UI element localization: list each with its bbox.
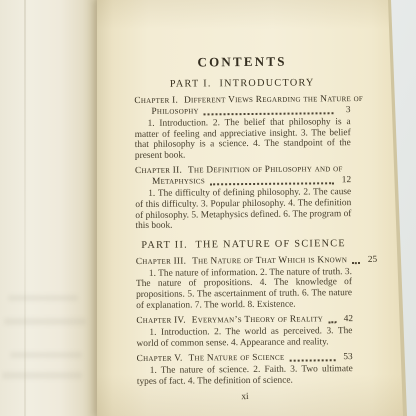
chapter-1-page-number: 3 bbox=[336, 105, 350, 116]
chapter-3-heading: Chapter III. The Nature of That Which is… bbox=[136, 255, 352, 268]
chapter-3-page-number: 25 bbox=[363, 255, 377, 266]
dot-leader bbox=[210, 183, 334, 186]
chapter-1-summary: 1. Introduction. 2. The belief that phil… bbox=[135, 117, 351, 161]
chapter-2-label: Chapter II. bbox=[135, 166, 182, 177]
dot-leader bbox=[352, 262, 360, 264]
chapter-4-page-number: 42 bbox=[339, 314, 353, 325]
chapter-5-title: The Nature of Science bbox=[189, 353, 285, 365]
show-through-smudge bbox=[8, 295, 78, 301]
part-1-heading: PART I. INTRODUCTORY bbox=[134, 77, 350, 90]
chapter-4-label: Chapter IV. bbox=[136, 316, 186, 327]
contents-text-block: CONTENTS PART I. INTRODUCTORY Chapter I.… bbox=[134, 54, 353, 403]
dot-leader bbox=[204, 112, 334, 115]
facing-blank-page bbox=[0, 0, 98, 416]
chapter-1-title-turnover: Philosophy bbox=[151, 106, 198, 117]
chapter-5-page-number: 53 bbox=[339, 352, 353, 363]
toc-entry-chapter-1: Chapter I. Different Views Regarding the… bbox=[134, 94, 351, 161]
chapter-3-title: The Nature of That Which is Known bbox=[192, 255, 347, 267]
chapter-1-heading: Chapter I. Different Views Regarding the… bbox=[134, 94, 350, 107]
chapter-5-heading: Chapter V. The Nature of Science 53 bbox=[137, 352, 353, 365]
book-photo: CONTENTS PART I. INTRODUCTORY Chapter I.… bbox=[0, 0, 416, 416]
chapter-2-title-turnover: Metaphysics bbox=[152, 177, 205, 188]
chapter-2-title: The Definition of Philosophy and of bbox=[188, 165, 343, 177]
chapter-4-title: Everyman’s Theory of Reality bbox=[192, 314, 323, 326]
toc-entry-chapter-4: Chapter IV. Everyman’s Theory of Reality… bbox=[136, 314, 352, 349]
toc-entry-chapter-3: Chapter III. The Nature of That Which is… bbox=[136, 255, 352, 311]
toc-entry-chapter-5: Chapter V. The Nature of Science 53 1. T… bbox=[137, 352, 353, 387]
chapter-3-label: Chapter III. bbox=[136, 256, 186, 267]
chapter-5-label: Chapter V. bbox=[137, 354, 183, 365]
part-2-section: PART II. THE NATURE OF SCIENCE Chapter I… bbox=[136, 238, 353, 388]
chapter-4-heading: Chapter IV. Everyman’s Theory of Reality… bbox=[136, 314, 352, 327]
chapter-4-summary: 1. Introduction. 2. The world as perceiv… bbox=[136, 326, 352, 349]
page-title: CONTENTS bbox=[134, 54, 350, 70]
folio-page-number: xi bbox=[137, 391, 353, 403]
show-through-smudge bbox=[4, 318, 86, 325]
part-1-section: PART I. INTRODUCTORY Chapter I. Differen… bbox=[134, 77, 351, 232]
show-through-smudge bbox=[10, 352, 82, 358]
part-2-heading: PART II. THE NATURE OF SCIENCE bbox=[136, 238, 352, 251]
chapter-2-summary: 1. The difficulty of defining philosophy… bbox=[135, 187, 351, 231]
dot-leader bbox=[328, 321, 336, 323]
toc-entry-chapter-2: Chapter II. The Definition of Philosophy… bbox=[135, 164, 352, 231]
chapter-1-turnover: Philosophy 3 bbox=[134, 105, 350, 118]
show-through-smudge bbox=[2, 372, 82, 379]
chapter-5-summary: 1. The nature of science. 2. Faith. 3. T… bbox=[137, 364, 353, 387]
dot-leader bbox=[289, 360, 335, 362]
chapter-1-label: Chapter I. bbox=[134, 96, 178, 107]
chapter-2-page-number: 12 bbox=[337, 175, 351, 186]
chapter-2-heading: Chapter II. The Definition of Philosophy… bbox=[135, 164, 351, 177]
chapter-3-summary: 1. The nature of information. 2. The nat… bbox=[136, 267, 352, 311]
